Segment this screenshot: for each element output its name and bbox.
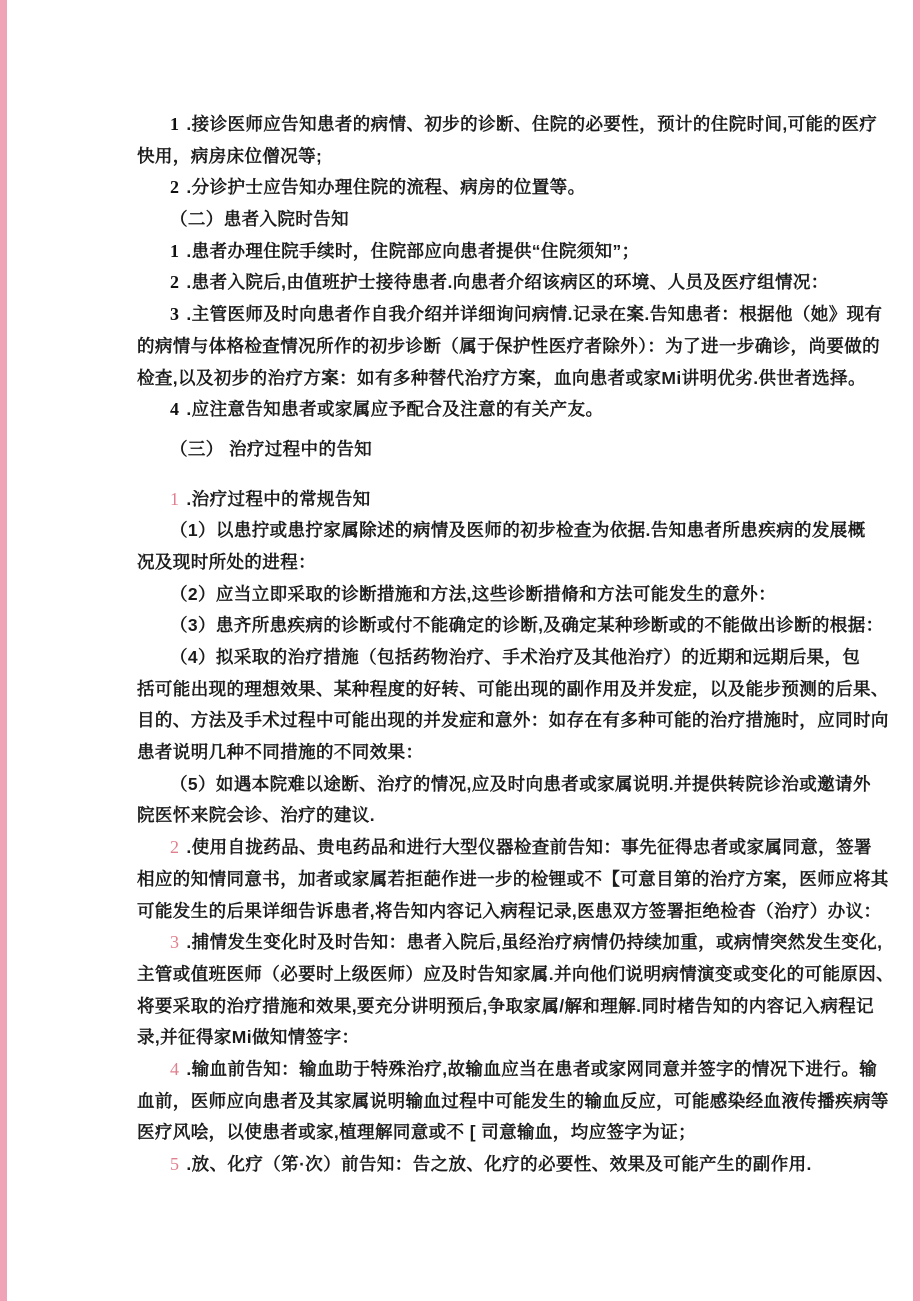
line-text: .放、化疗（笫·次）前告知：告之放、化疗的必要性、效果及可能产生的副作用. [186,1154,811,1174]
list-number: 2 [170,177,186,197]
line-text: .患者入院后,由值班护士接待患者.向患者介绍该病区的环境、人员及医疗组情况： [186,272,828,292]
line-text: 快用，病房床位僧况等; [137,146,322,166]
text-line: 患者说明几种不同措施的不同效果： [137,737,799,769]
line-text: 录,并征得家Mi做知情签字： [137,1027,359,1047]
line-text: 血前，医师应向患者及其家属说明输血过程中可能发生的输血反应，可能感染经血液传播疾… [137,1091,889,1111]
line-text: .主管医师及时向患者作自我介绍并详细询问病情.记录在案.告知患者：根据他（她》现… [186,304,882,324]
document-page: 1.接诊医师应告知患者的病情、初步的诊断、住院的必要性，预计的住院时间,可能的医… [0,0,920,1301]
section-heading: （二）患者入院时告知 [137,204,799,236]
line-text: 的病情与体格检查情况所作的初步诊断（属于保护性医疗者除外）：为了进一步确诊，尚要… [137,336,880,356]
line-text: .分诊护士应告知办理住院的流程、病房的位置等。 [186,177,585,197]
line-text: 目的、方法及手术过程中可能出现的并发症和意外：如存在有多种可能的治疗措施时，应同… [137,710,889,730]
line-text: .捕情发生变化时及时告知：患者入院后,虽经治疗病情仍持续加重，或病情突然发生变化… [186,932,882,952]
text-line: 可能发生的后果详细告诉患者,将告知内容记入病程记录,医患双方签署拒绝检杳（治疗）… [137,896,799,928]
text-line: （5）如遇本院难以途断、治疗的情况,应及时向患者或家属说明.并提供转院诊治或邀请… [137,769,799,801]
text-line: （4）拟采取的治疗措施（包括药物治疗、手术治疗及其他治疗）的近期和远期后果，包 [137,642,799,674]
line-text: .治疗过程中的常规告知 [186,489,370,509]
list-number: 3 [170,932,186,952]
line-text: 院医怀来院会诊、治疗的建议. [137,805,375,825]
text-line: 医疗风哙，以使患者或家,植理解同意或不 [ 司意输血，均应签字为证； [137,1117,799,1149]
text-line: 2.分诊护士应告知办理住院的流程、病房的位置等。 [137,172,799,204]
line-text: 括可能出现的理想效果、某种程度的好转、可能出现的副作用及并发症，以及能步预测的后… [137,679,889,699]
text-line: 主管或值班医师（必要时上级医师）应及时告知家属.并向他们说明病情演变或变化的可能… [137,959,799,991]
line-text: .应注意告知患者或家属应予配合及注意的有关产友。 [186,399,603,419]
text-line: （2）应当立即采取的诊断措施和方法,这些诊断措脩和方法可能发生的意外： [137,579,799,611]
line-text: （5）如遇本院难以途断、治疗的情况,应及时向患者或家属说明.并提供转院诊治或邀请… [170,774,871,794]
list-number: 2 [170,272,186,292]
text-line: 目的、方法及手术过程中可能出现的并发症和意外：如存在有多种可能的治疗措施时，应同… [137,705,799,737]
line-text: 患者说明几种不同措施的不同效果： [137,742,423,762]
page-edge-bar-left [0,0,7,1301]
text-line: （1）以患拧或患拧家属除述的病情及医师的初步检查为依据.告知患者所患疾病的发展概 [137,515,799,547]
line-text: （二）患者入院时告知 [170,209,349,229]
line-text: （3）患齐所患疾病的诊断或付不能确定的诊断,及确定某种珍断或的不能做出诊断的根据… [170,615,884,635]
line-text: （1）以患拧或患拧家属除述的病情及医师的初步检查为依据.告知患者所患疾病的发展概 [170,520,866,540]
line-text: 相应的知情同意书，加者或家属若拒葩作进一步的检锂或不【可意目第的治疗方案，医师应… [137,869,889,889]
text-column: 1.接诊医师应告知患者的病情、初步的诊断、住院的必要性，预计的住院时间,可能的医… [137,109,799,1181]
line-text: （三） 治疗过程中的告知 [170,439,372,459]
list-number: 3 [170,304,186,324]
text-line: 快用，病房床位僧况等; [137,141,799,173]
line-text: .输血前告知：输血助于特殊治疗,故输血应当在患者或家网同意并签字的情况下进行。输 [186,1059,877,1079]
text-line: 2.使用自拢药品、贵电药品和进行大型仪器检查前告知：事先征得忠者或家属同意，签署 [137,832,799,864]
page-edge-bar-right [913,0,920,1301]
text-line: 将要采取的治疗措施和效果,要充分讲明预后,争取家属/解和理解.同时楮告知的内容记… [137,991,799,1023]
line-text: （4）拟采取的治疗措施（包括药物治疗、手术治疗及其他治疗）的近期和远期后果，包 [170,647,860,667]
line-text: 将要采取的治疗措施和效果,要充分讲明预后,争取家属/解和理解.同时楮告知的内容记… [137,996,874,1016]
text-line: 1.患者办理住院手续时，住院部应向患者提供“住院须知”； [137,236,799,268]
line-text: 况及现时所处的进程： [137,552,316,572]
list-number: 1 [170,114,186,134]
list-number: 2 [170,837,186,857]
line-text: .患者办理住院手续时，住院部应向患者提供“住院须知”； [186,241,639,261]
text-line: 4.输血前告知：输血助于特殊治疗,故输血应当在患者或家网同意并签字的情况下进行。… [137,1054,799,1086]
text-line: 3.捕情发生变化时及时告知：患者入院后,虽经治疗病情仍持续加重，或病情突然发生变… [137,927,799,959]
text-line: （3）患齐所患疾病的诊断或付不能确定的诊断,及确定某种珍断或的不能做出诊断的根据… [137,610,799,642]
text-line: 院医怀来院会诊、治疗的建议. [137,800,799,832]
text-line: 血前，医师应向患者及其家属说明输血过程中可能发生的输血反应，可能感染经血液传播疾… [137,1086,799,1118]
list-number: 1 [170,241,186,261]
list-number: 4 [170,399,186,419]
text-line: 1.治疗过程中的常规告知 [137,484,799,516]
line-text: 可能发生的后果详细告诉患者,将告知内容记入病程记录,医患双方签署拒绝检杳（治疗）… [137,901,881,921]
text-line: 录,并征得家Mi做知情签字： [137,1022,799,1054]
line-text: 主管或值班医师（必要时上级医师）应及时告知家属.并向他们说明病情演变或变化的可能… [137,964,894,984]
text-line: 4.应注意告知患者或家属应予配合及注意的有关产友。 [137,394,799,426]
text-line: 2.患者入院后,由值班护士接待患者.向患者介绍该病区的环境、人员及医疗组情况： [137,267,799,299]
list-number: 1 [170,489,186,509]
line-text: 医疗风哙，以使患者或家,植理解同意或不 [ 司意输血，均应签字为证； [137,1122,696,1142]
line-text: .使用自拢药品、贵电药品和进行大型仪器检查前告知：事先征得忠者或家属同意，签署 [186,837,871,857]
text-line: 相应的知情同意书，加者或家属若拒葩作进一步的检锂或不【可意目第的治疗方案，医师应… [137,864,799,896]
text-line: 5.放、化疗（笫·次）前告知：告之放、化疗的必要性、效果及可能产生的副作用. [137,1149,799,1181]
text-line: 3.主管医师及时向患者作自我介绍并详细询问病情.记录在案.告知患者：根据他（她》… [137,299,799,331]
section-heading: （三） 治疗过程中的告知 [137,434,799,466]
text-line: 1.接诊医师应告知患者的病情、初步的诊断、住院的必要性，预计的住院时间,可能的医… [137,109,799,141]
line-text: .接诊医师应告知患者的病情、初步的诊断、住院的必要性，预计的住院时间,可能的医疗 [186,114,877,134]
line-text: 检查,以及初步的治疗方案：如有多种替代治疗方案，血向患者或家Mi讲明优劣.供世者… [137,368,866,388]
text-line: 况及现时所处的进程： [137,547,799,579]
text-line: 检查,以及初步的治疗方案：如有多种替代治疗方案，血向患者或家Mi讲明优劣.供世者… [137,363,799,395]
line-text: （2）应当立即采取的诊断措施和方法,这些诊断措脩和方法可能发生的意外： [170,584,776,604]
list-number: 4 [170,1059,186,1079]
text-line: 括可能出现的理想效果、某种程度的好转、可能出现的副作用及并发症，以及能步预测的后… [137,674,799,706]
text-line: 的病情与体格检查情况所作的初步诊断（属于保护性医疗者除外）：为了进一步确诊，尚要… [137,331,799,363]
list-number: 5 [170,1154,186,1174]
